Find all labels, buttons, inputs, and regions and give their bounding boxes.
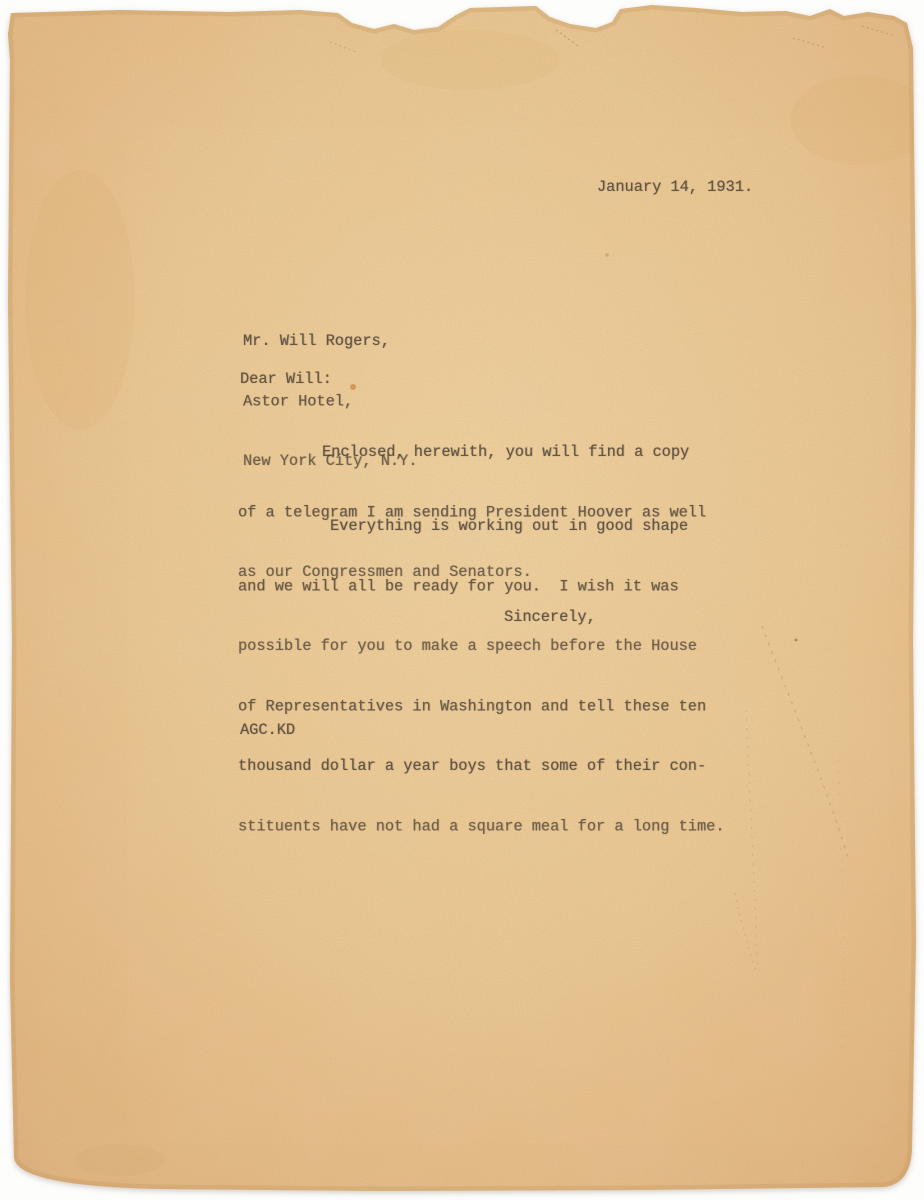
salutation: Dear Will:: [240, 369, 332, 389]
letter-line: possible for you to make a speech before…: [238, 636, 725, 656]
letter-text-layer: January 14, 1931. Mr. Will Rogers, Astor…: [0, 0, 924, 1200]
typist-initials: AGC.KD: [240, 720, 295, 740]
recipient-name: Mr. Will Rogers,: [243, 331, 417, 351]
date-line: January 14, 1931.: [597, 177, 753, 197]
letter-line: Everything is working out in good shape: [330, 516, 725, 536]
letter-line: Enclosed, herewith, you will find a copy: [322, 442, 706, 462]
closing: Sincerely,: [504, 607, 596, 627]
letter-line: stituents have not had a square meal for…: [238, 816, 725, 836]
letter-line: of Representatives in Washington and tel…: [238, 696, 725, 716]
letter-line: thousand dollar a year boys that some of…: [238, 756, 725, 776]
paragraph: Everything is working out in good shape …: [238, 476, 725, 876]
letter-line: and we will all be ready for you. I wish…: [238, 576, 725, 596]
document-scan: January 14, 1931. Mr. Will Rogers, Astor…: [0, 0, 924, 1200]
